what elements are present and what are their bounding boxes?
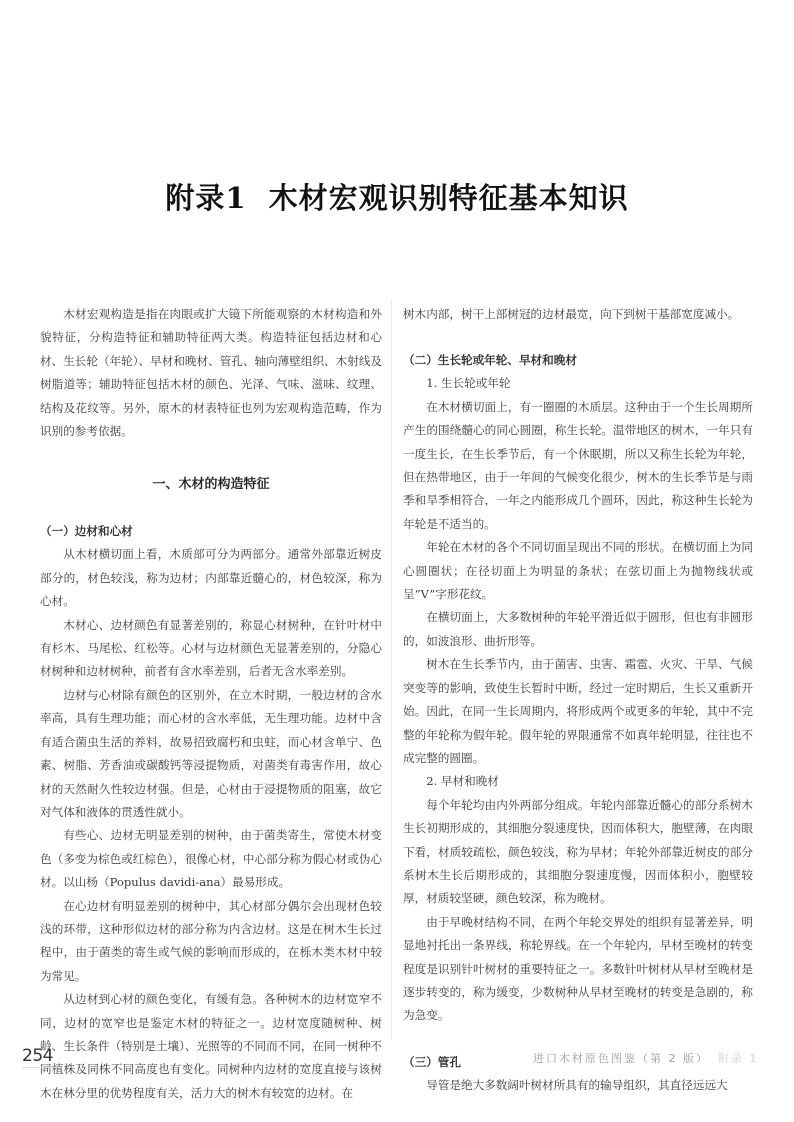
right-column: 树木内部，树干上部树冠的边材最宽，向下到树干基部宽度减小。 （二）生长轮或年轮、… — [403, 303, 753, 1097]
sub-heading-earlywood-latewood: 2. 早材和晚材 — [403, 770, 753, 793]
appendix-title: 木材宏观识别特征基本知识 — [269, 181, 629, 215]
intro-paragraph: 木材宏观构造是指在肉眼或扩大镜下所能观察的木材构造和外貌特征，分构造特征和辅助特… — [40, 303, 382, 443]
running-footer-book-title: 进口木材原色图鉴（第 2 版） — [533, 1050, 709, 1066]
page-number: 254 — [22, 1046, 53, 1066]
appendix-label: 附录1 — [165, 181, 246, 215]
paragraph: 在心边材有明显差别的树种中，其心材部分偶尔会出现材色较浅的环带，这种形似边材的部… — [40, 895, 382, 989]
page-number-underline — [22, 1067, 62, 1068]
paragraph: 有些心、边材无明显差别的树种，由于菌类寄生，常使木材变色（多变为棕色或红棕色），… — [40, 824, 382, 894]
page-title: 附录1木材宏观识别特征基本知识 — [0, 176, 794, 217]
paragraph: 导管是绝大多数阔叶树材所具有的输导组织，其直径远远大 — [403, 1074, 753, 1097]
left-column: 木材宏观构造是指在肉眼或扩大镜下所能观察的木材构造和外貌特征，分构造特征和辅助特… — [40, 303, 382, 1105]
subsection-heading-growth-rings: （二）生长轮或年轮、早材和晚材 — [403, 348, 753, 372]
running-footer-section: 附录 1 — [718, 1050, 759, 1066]
paragraph: 在木材横切面上，有一圈圈的木质层。这种由于一个生长周期所产生的围绕髓心的同心圆圈… — [403, 396, 753, 536]
paragraph: 木材心、边材颜色有显著差别的，称显心材树种，在针叶材中有杉木、马尾松、红松等。心… — [40, 614, 382, 684]
paragraph: 从边材到心材的颜色变化，有缓有急。各种树木的边材宽窄不同，边材的宽窄也是鉴定木材… — [40, 988, 382, 1105]
paragraph: 在横切面上，大多数树种的年轮平滑近似于圆形，但也有非圆形的，如波浪形、曲折形等。 — [403, 606, 753, 653]
paragraph: 树木在生长季节内，由于菌害、虫害、霜雹、火灾、干旱、气候突变等的影响，致使生长暂… — [403, 653, 753, 770]
column-divider — [391, 300, 392, 1040]
paragraph: 由于早晚材结构不同，在两个年轮交界处的组织有显著差异，明显地衬托出一条界线，称轮… — [403, 911, 753, 1028]
section-heading: 一、木材的构造特征 — [40, 473, 382, 497]
paragraph: 从木材横切面上看，木质部可分为两部分。通常外部靠近树皮部分的，材色较浅，称为边材… — [40, 543, 382, 613]
continuation-paragraph: 树木内部，树干上部树冠的边材最宽，向下到树干基部宽度减小。 — [403, 303, 753, 326]
subsection-heading-sapwood-heartwood: （一）边材和心材 — [40, 519, 382, 543]
paragraph: 边材与心材除有颜色的区别外，在立木时期，一般边材的含水率高，具有生理功能；而心材… — [40, 684, 382, 824]
paragraph: 每个年轮均由内外两部分组成。年轮内部靠近髓心的部分系树木生长初期形成的，其细胞分… — [403, 794, 753, 911]
sub-heading-growth-ring: 1. 生长轮或年轮 — [403, 372, 753, 395]
paragraph: 年轮在木材的各个不同切面呈现出不同的形状。在横切面上为同心圆圈状；在径切面上为明… — [403, 536, 753, 606]
